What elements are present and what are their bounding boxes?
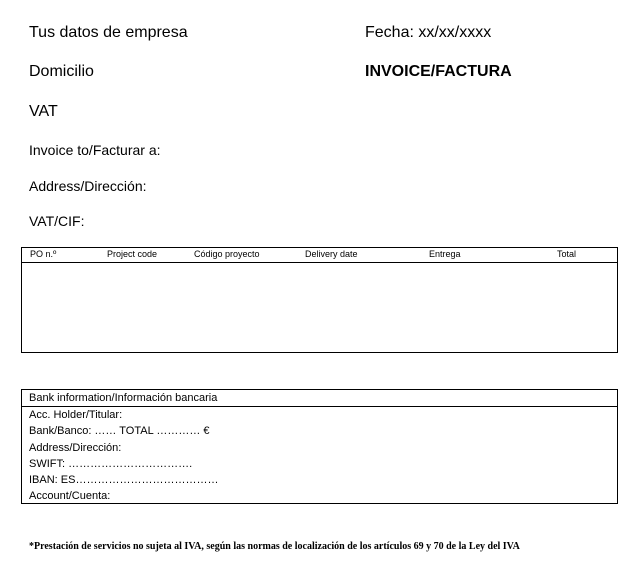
col-codigo-proyecto: Código proyecto bbox=[194, 249, 260, 259]
bank-holder: Acc. Holder/Titular: bbox=[29, 407, 617, 423]
company-name: Tus datos de empresa bbox=[29, 24, 188, 42]
items-table: PO n.º Project code Código proyecto Deli… bbox=[21, 247, 618, 353]
col-total: Total bbox=[557, 249, 576, 259]
col-project-code: Project code bbox=[107, 249, 157, 259]
items-table-header: PO n.º Project code Código proyecto Deli… bbox=[22, 248, 617, 263]
bank-address: Address/Dirección: bbox=[29, 440, 617, 456]
bank-name-total: Bank/Banco: …… TOTAL ………… € bbox=[29, 423, 617, 439]
col-po-number: PO n.º bbox=[30, 249, 56, 259]
col-delivery-date: Delivery date bbox=[305, 249, 358, 259]
bank-info-title: Bank information/Información bancaria bbox=[22, 390, 617, 407]
invoice-date: Fecha: xx/xx/xxxx bbox=[365, 24, 491, 42]
bank-swift: SWIFT: ……………………………. bbox=[29, 456, 617, 472]
document-title: INVOICE/FACTURA bbox=[365, 63, 512, 81]
company-vat: VAT bbox=[29, 103, 58, 121]
bank-iban: IBAN: ES………………………………… bbox=[29, 472, 617, 488]
col-entrega: Entrega bbox=[429, 249, 461, 259]
company-address: Domicilio bbox=[29, 63, 94, 81]
client-address-label: Address/Dirección: bbox=[29, 178, 147, 194]
bank-info-lines: Acc. Holder/Titular: Bank/Banco: …… TOTA… bbox=[22, 407, 617, 505]
bank-account: Account/Cuenta: bbox=[29, 488, 617, 504]
vat-exemption-note: *Prestación de servicios no sujeta al IV… bbox=[29, 541, 520, 552]
bank-info-box: Bank information/Información bancaria Ac… bbox=[21, 389, 618, 504]
client-vat-label: VAT/CIF: bbox=[29, 213, 84, 229]
invoice-to-label: Invoice to/Facturar a: bbox=[29, 142, 161, 158]
